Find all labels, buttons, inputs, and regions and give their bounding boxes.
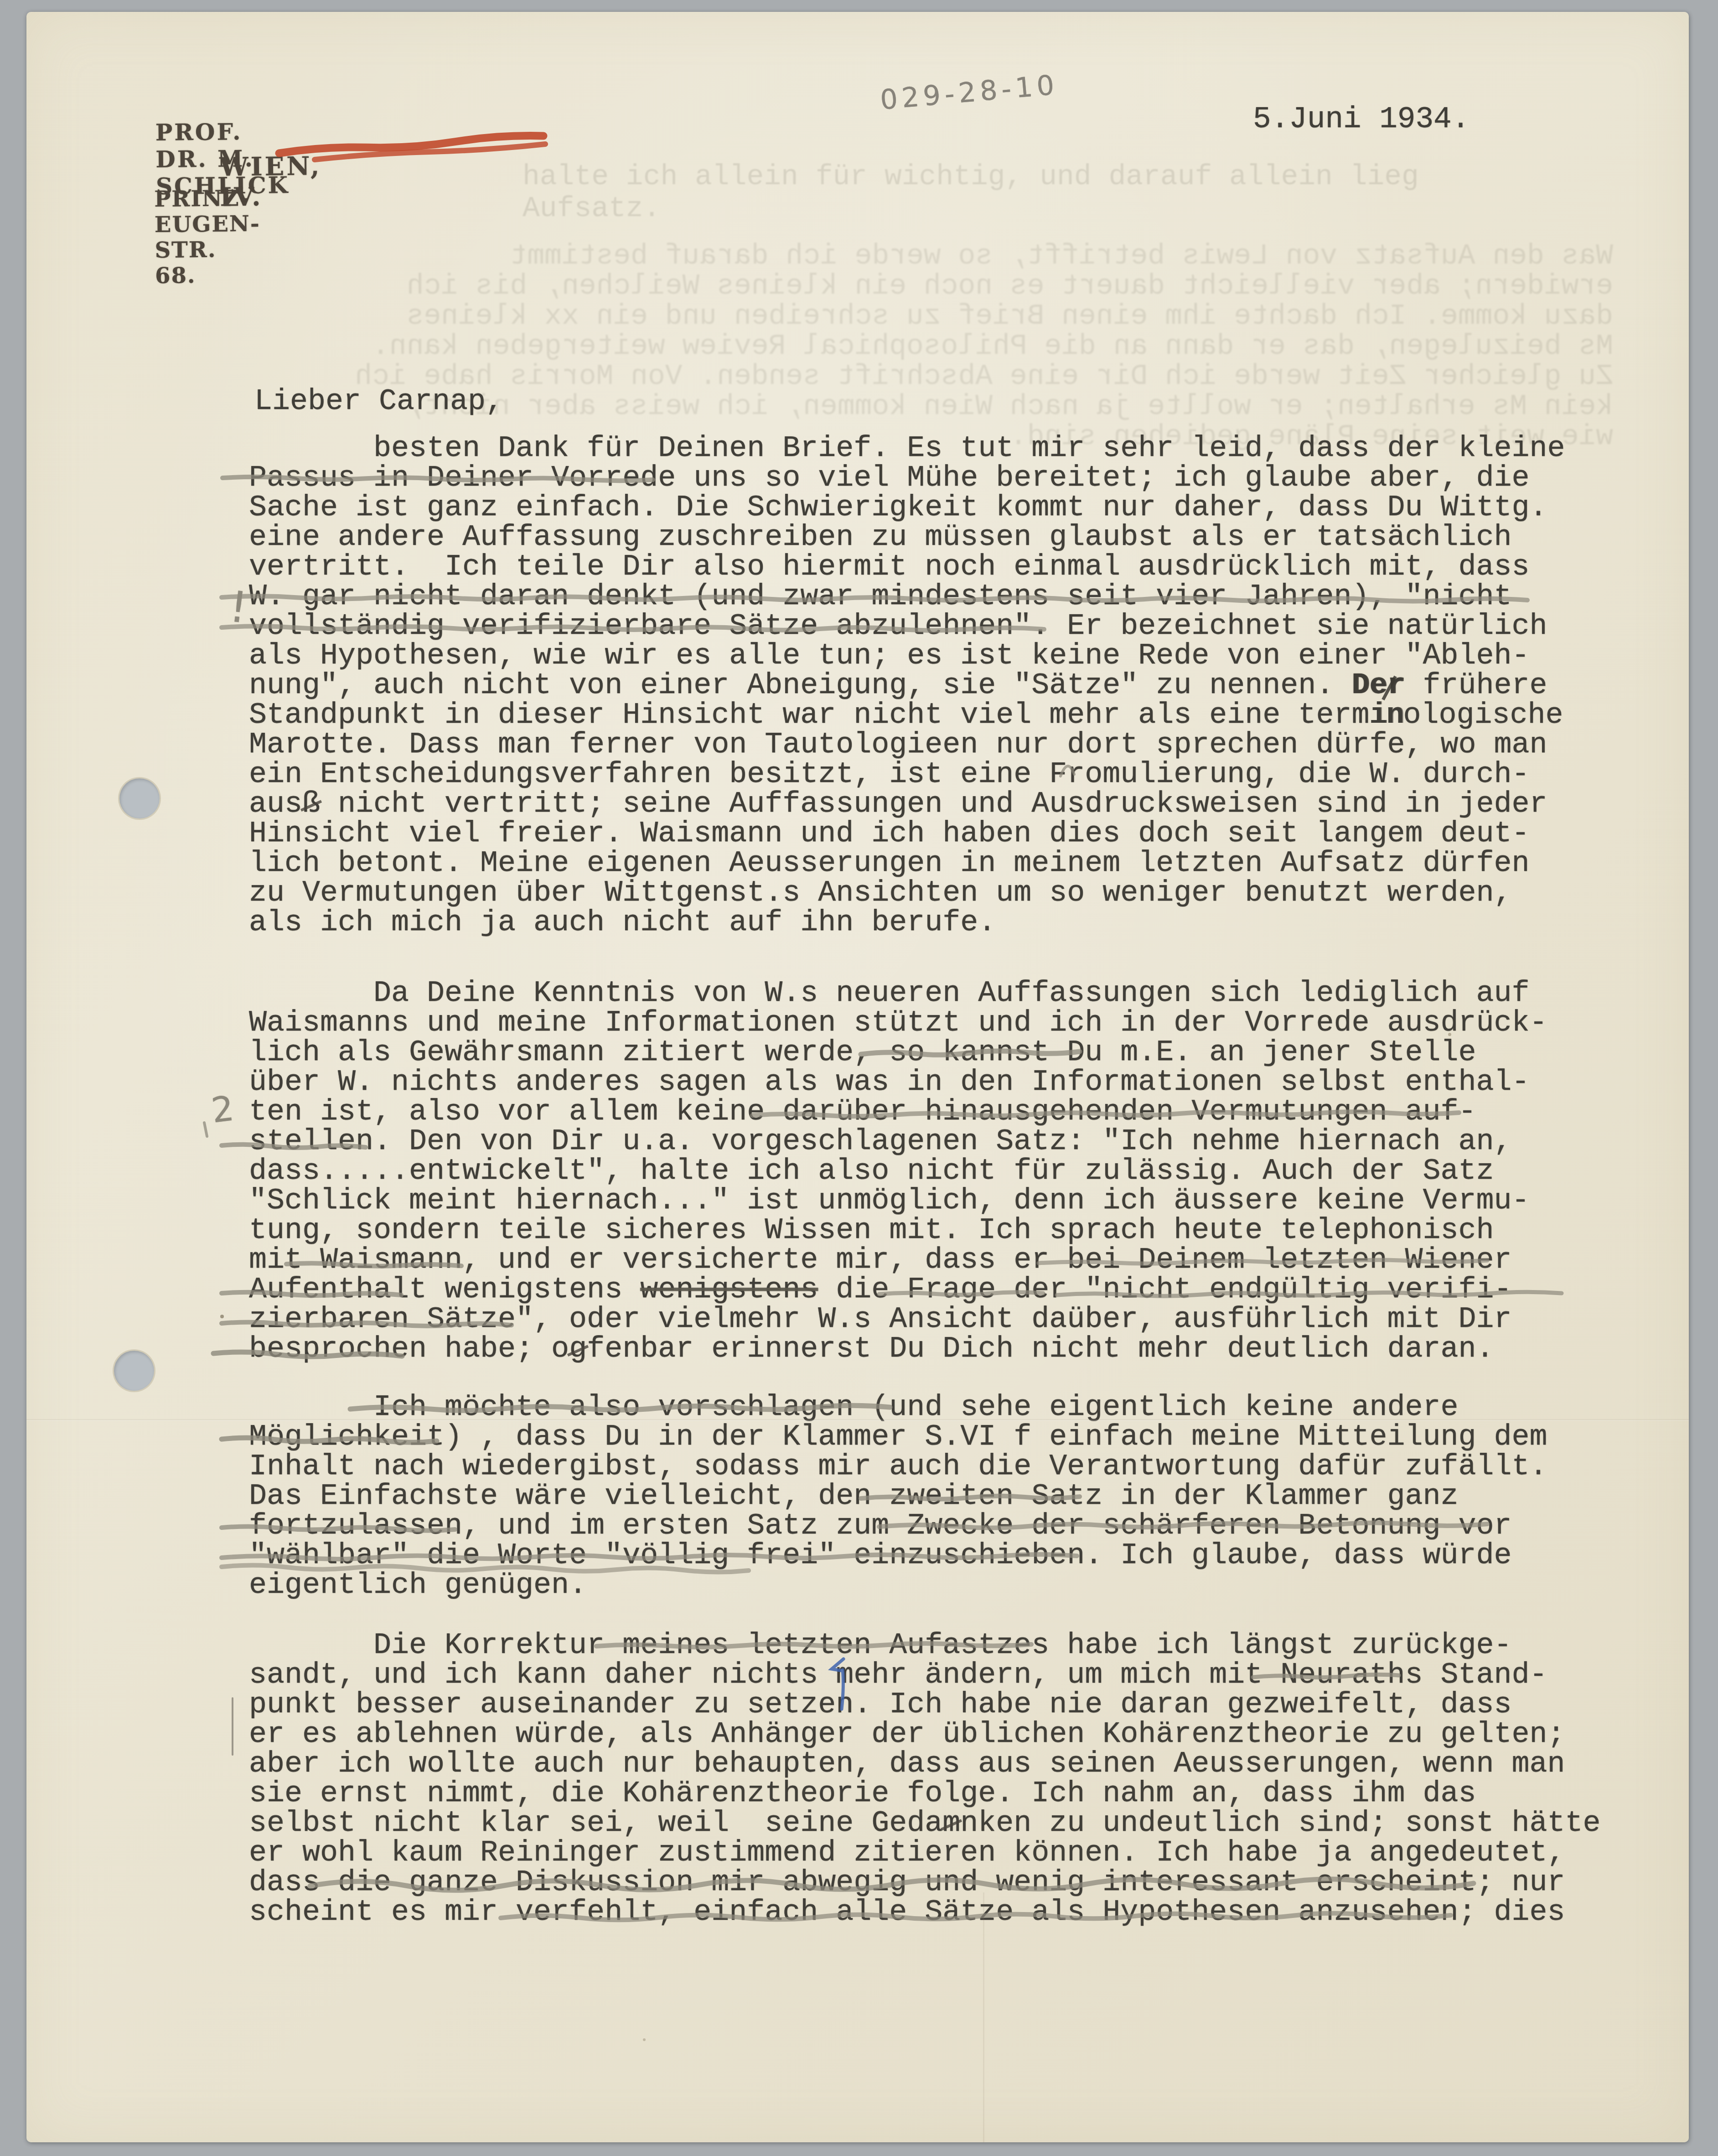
fold-crease-vertical: [983, 1892, 984, 2142]
typed-line: Waismanns und meine Informationen stützt…: [249, 1008, 1626, 1038]
typed-line: "wählbar" die Worte "völlig frei" einzus…: [249, 1541, 1626, 1570]
typed-line: Da Deine Kenntnis von W.s neueren Auffas…: [249, 979, 1626, 1008]
typed-line: sandt, und ich kann daher nichts mehr än…: [249, 1660, 1626, 1690]
date-line: 5.Juni 1934.: [1253, 102, 1470, 136]
scanned-letter-screenshot: { "colors":{"background":"#a8acaf","pape…: [0, 0, 1718, 2156]
typed-line: mit Waismann, und er versicherte mir, da…: [249, 1245, 1626, 1275]
punch-hole-bottom: [114, 1351, 154, 1391]
typed-line: fortzulassen, und im ersten Satz zum Zwe…: [249, 1511, 1626, 1541]
typed-line: besten Dank für Deinen Brief. Es tut mir…: [249, 434, 1626, 463]
typed-line: vollständig verifizierbare Sätze abzuleh…: [249, 612, 1626, 641]
paragraph: Ich möchte also vorschlagen (und sehe ei…: [249, 1393, 1626, 1600]
paragraph: Die Korrektur meines letzten Aufastzes h…: [249, 1631, 1626, 1927]
bleedthrough-fragment: Aufsatz.: [523, 192, 660, 225]
typed-line: als ich mich ja auch nicht auf ihn beruf…: [249, 908, 1626, 938]
typed-line: ten ist, also vor allem keine darüber hi…: [249, 1097, 1626, 1127]
fold-crease: [26, 1419, 1689, 1421]
typed-line: lich betont. Meine eigenen Aeusserungen …: [249, 849, 1626, 878]
paper-speck: [643, 2038, 646, 2041]
letterhead-street: PRINZ-EUGEN-STR. 68.: [154, 186, 261, 289]
typed-line: Standpunkt in dieser Hinsicht war nicht …: [249, 700, 1626, 730]
typed-line: Inhalt nach wiedergibst, sodass mir auch…: [249, 1452, 1626, 1482]
margin-numeral-mark: 2: [209, 1088, 236, 1130]
bleedthrough-line: Was den Aufsatz von Lewis betrifft, so w…: [254, 241, 1613, 271]
typed-line: Aufenthalt wenigstens wenigstens die Fra…: [249, 1275, 1626, 1305]
greeting: Lieber Carnap,: [254, 387, 503, 416]
typed-line: er es ablehnen würde, als Anhänger der ü…: [249, 1720, 1626, 1749]
typed-line: dass.....entwickelt", halte ich also nic…: [249, 1156, 1626, 1186]
typed-line: eine andere Auffassung zuschreiben zu mü…: [249, 523, 1626, 552]
typed-line: tung, sondern teile sicheres Wissen mit.…: [249, 1216, 1626, 1245]
bleedthrough-mirrored-block: Was den Aufsatz von Lewis betrifft, so w…: [254, 241, 1613, 452]
typed-line: Das Einfachste wäre vielleicht, den zwei…: [249, 1482, 1626, 1511]
typed-line: zu Vermutungen über Wittgenst.s Ansichte…: [249, 878, 1626, 908]
typed-line: scheint es mir verfehlt, einfach alle Sä…: [249, 1897, 1626, 1927]
letter-paper: halte ich allein für wichtig, und darauf…: [26, 12, 1689, 2142]
margin-pencil-line: [232, 1697, 233, 1756]
typed-line: als Hypothesen, wie wir es alle tun; es …: [249, 641, 1626, 671]
typed-line: sie ernst nimmt, die Kohärenztheorie fol…: [249, 1779, 1626, 1809]
typed-line: vertritt. Ich teile Dir also hiermit noc…: [249, 552, 1626, 582]
typed-line: er wohl kaum Reininger zustimmend zitier…: [249, 1838, 1626, 1868]
paper-speck: [1448, 1033, 1451, 1036]
archive-number-handwritten: 029-28-10: [879, 69, 1060, 116]
typed-line: Passus in Deiner Vorrede uns so viel Müh…: [249, 463, 1626, 493]
punch-hole-top: [119, 778, 160, 819]
paragraph: Da Deine Kenntnis von W.s neueren Auffas…: [249, 979, 1626, 1364]
typed-line: zierbaren Sätze", oder vielmehr W.s Ansi…: [249, 1305, 1626, 1334]
typed-line: aber ich wollte auch nur behaupten, dass…: [249, 1749, 1626, 1779]
typed-line: besprochen habe; ogfenbar erinnerst Du D…: [249, 1334, 1626, 1364]
paper-speck: [220, 1315, 224, 1318]
bleedthrough-fragment: halte ich allein für wichtig, und darauf…: [523, 161, 1419, 193]
typed-line: Hinsicht viel freier. Waismann und ich h…: [249, 819, 1626, 849]
typed-line: nung", auch nicht von einer Abneigung, s…: [249, 671, 1626, 700]
typed-line: ein Entscheidungsverfahren besitzt, ist …: [249, 760, 1626, 789]
paragraph: besten Dank für Deinen Brief. Es tut mir…: [249, 434, 1626, 938]
typed-line: lich als Gewährsmann zitiert werde, so k…: [249, 1038, 1626, 1068]
bleedthrough-line: erwidern; aber vielleicht dauert es noch…: [254, 271, 1613, 301]
typed-line: eigentlich genügen.: [249, 1570, 1626, 1600]
typed-line: über W. nichts anderes sagen als was in …: [249, 1068, 1626, 1097]
typed-line: stellen. Den von Dir u.a. vorgeschlagene…: [249, 1127, 1626, 1156]
typed-line: Die Korrektur meines letzten Aufastzes h…: [249, 1631, 1626, 1660]
bleedthrough-line: Ms beizulegen, das er dann an die Philos…: [254, 332, 1613, 362]
typed-line: W. gar nicht daran denkt (und zwar minde…: [249, 582, 1626, 612]
typed-line: selbst nicht klar sei, weil seine Gedamn…: [249, 1809, 1626, 1838]
typed-line: Ich möchte also vorschlagen (und sehe ei…: [249, 1393, 1626, 1422]
bleedthrough-line: dazu komme. Ich dachte ihm einen Brief z…: [254, 301, 1613, 332]
typed-line: Möglichkeit) , dass Du in der Klammer S.…: [249, 1422, 1626, 1452]
margin-exclamation-mark: !: [227, 582, 250, 633]
typed-line: ausß nicht vertritt; seine Auffassungen …: [249, 789, 1626, 819]
typed-line: dass die ganze Diskussion mir abwegig un…: [249, 1868, 1626, 1897]
typed-line: punkt besser auseinander zu setzen. Ich …: [249, 1690, 1626, 1720]
typed-line: Marotte. Dass man ferner von Tautologiee…: [249, 730, 1626, 760]
typed-line: Sache ist ganz einfach. Die Schwierigkei…: [249, 493, 1626, 523]
typed-line: "Schlick meint hiernach..." ist unmöglic…: [249, 1186, 1626, 1216]
